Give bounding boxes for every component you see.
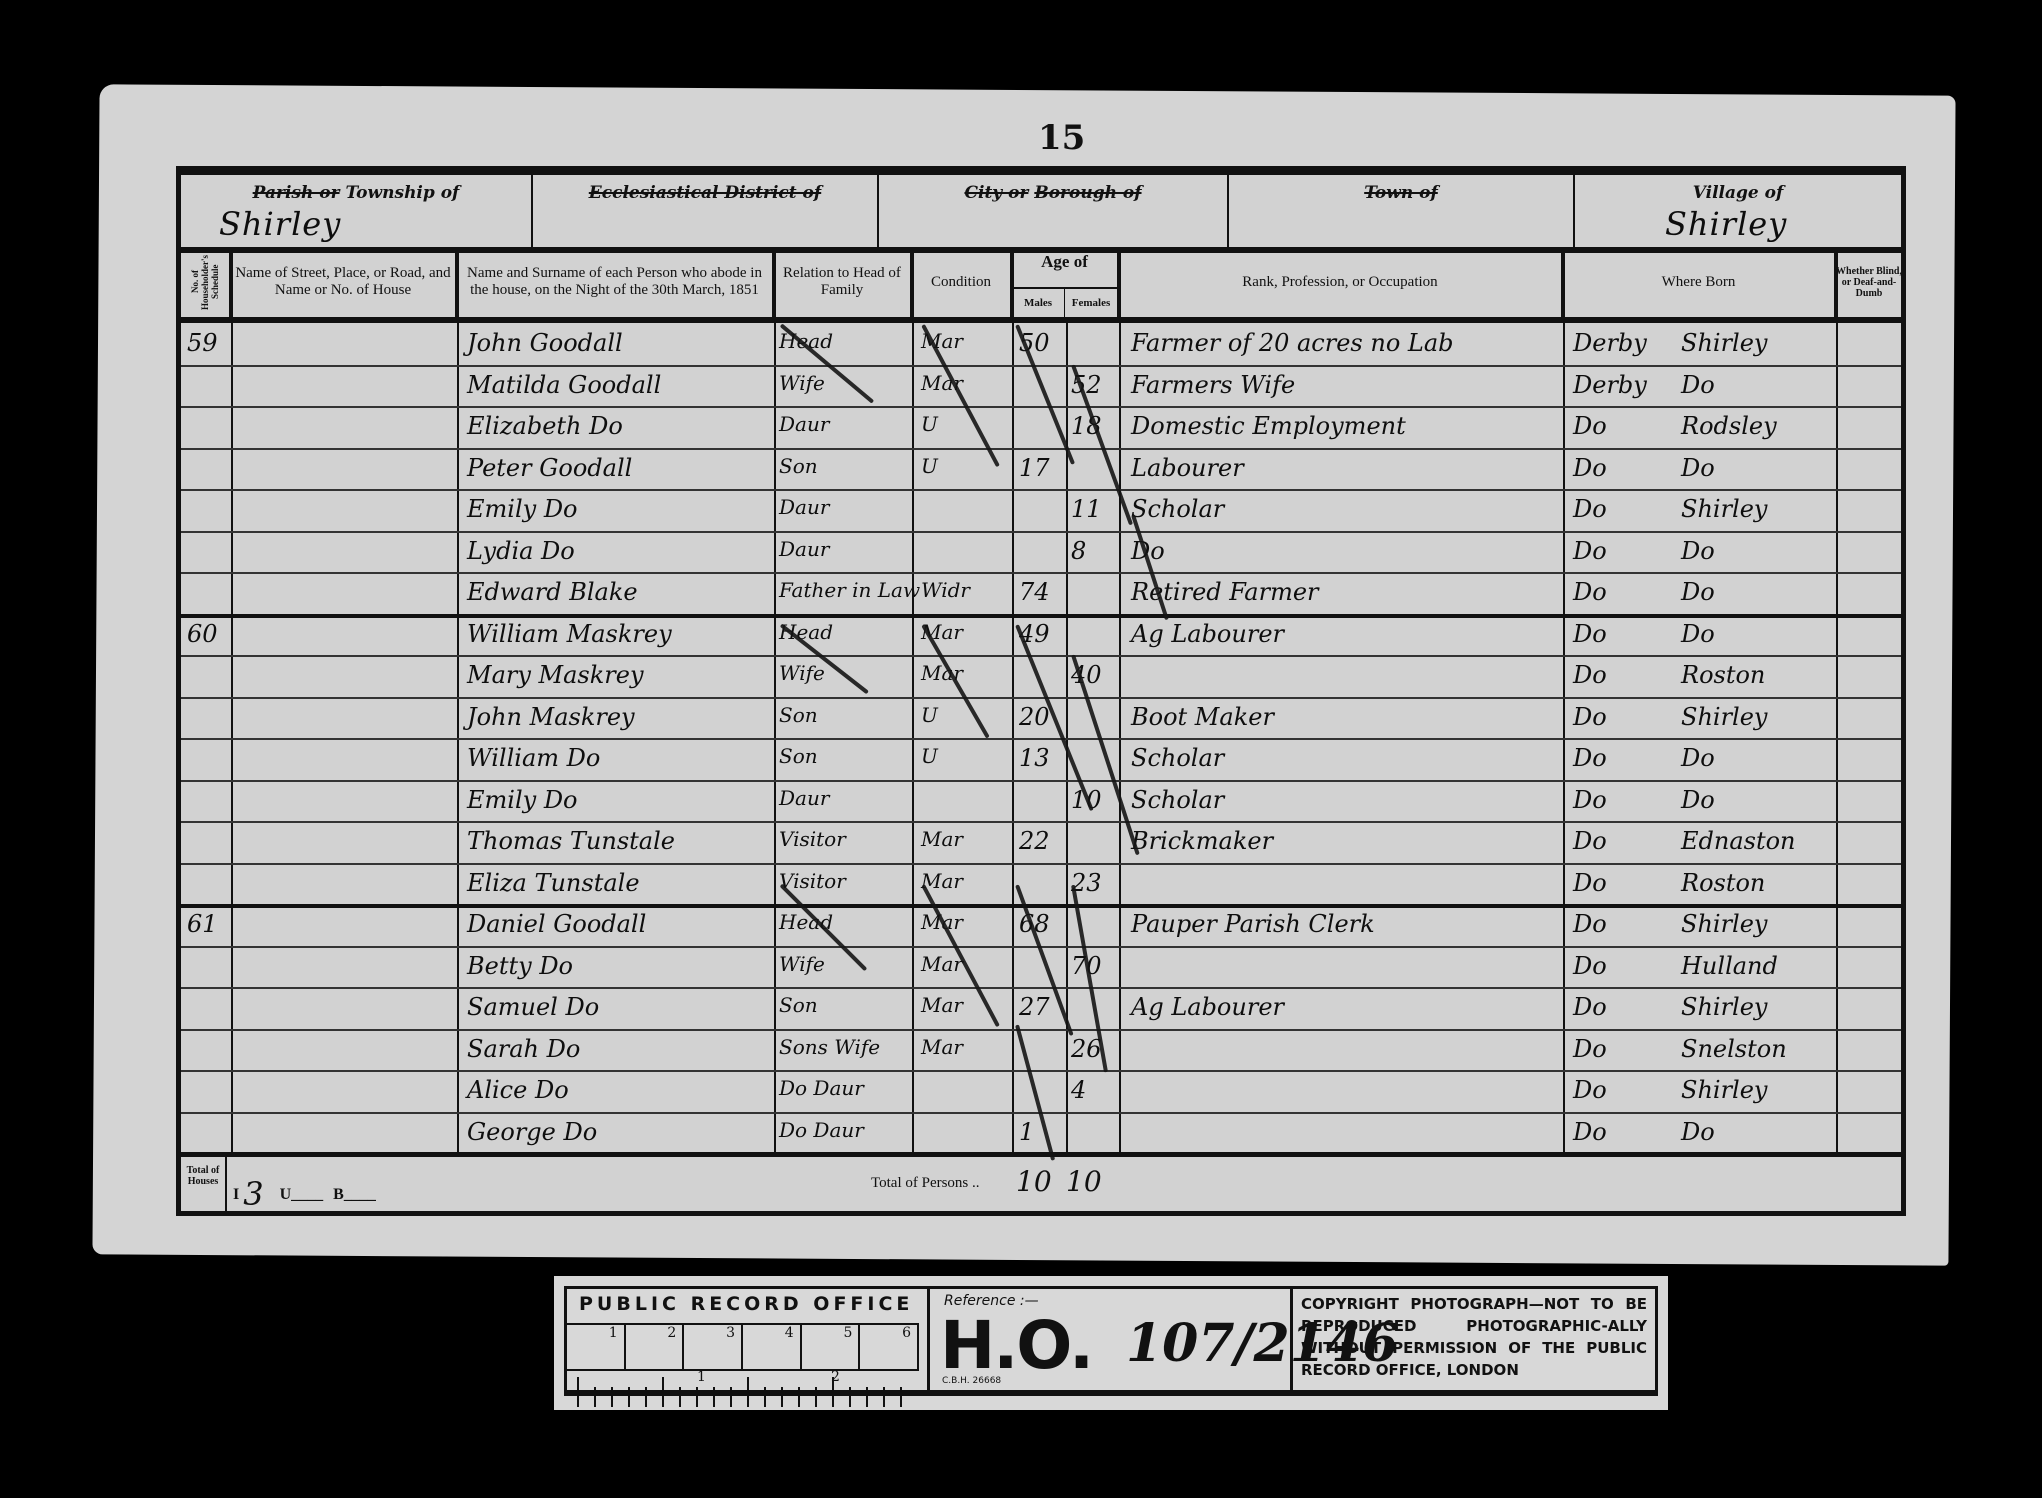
person-name: Samuel Do [467, 987, 599, 1029]
ruler-tick [764, 1387, 766, 1407]
born-county: Derby [1573, 323, 1647, 365]
ruler-tick [628, 1387, 630, 1407]
born-place: Do [1681, 738, 1715, 780]
age-title: Age of [1041, 253, 1088, 270]
pro-title: PUBLIC RECORD OFFICE [567, 1289, 927, 1315]
occupation: Scholar [1131, 780, 1224, 822]
relation: Wife [779, 365, 825, 407]
person-name: Betty Do [467, 946, 573, 988]
born-county: Do [1573, 448, 1607, 490]
schedule-number: 61 [187, 904, 218, 946]
born-place: Do [1681, 780, 1715, 822]
born-county: Do [1573, 614, 1607, 656]
table-row: Emily DoDaur10ScholarDoDo [181, 780, 1901, 824]
condition: U [921, 406, 938, 448]
age-male: 13 [1019, 738, 1050, 780]
totals-row: Total of Houses I 3 U____ B____ Total of… [181, 1152, 1901, 1211]
relation: Son [779, 987, 818, 1029]
place-value-village: Shirley [1665, 205, 1787, 243]
born-place: Ednaston [1681, 821, 1796, 863]
age-female: 11 [1071, 489, 1102, 531]
born-place: Hulland [1681, 946, 1778, 988]
person-name: George Do [467, 1112, 597, 1154]
reference-prefix: H.O. [940, 1307, 1092, 1384]
ruler-inches: 123456 [567, 1323, 919, 1371]
born-county: Do [1573, 738, 1607, 780]
person-name: Elizabeth Do [467, 406, 623, 448]
condition: Mar [921, 987, 963, 1029]
header-blind-deaf: Whether Blind, or Deaf-and-Dumb [1836, 247, 1902, 317]
header-males: Males [1012, 289, 1065, 317]
person-name: Daniel Goodall [467, 904, 646, 946]
age-male: 20 [1019, 697, 1050, 739]
table-row: John MaskreySonU20Boot MakerDoShirley [181, 697, 1901, 741]
pro-reference-stamp: PUBLIC RECORD OFFICE 123456 1 2 Referenc… [554, 1276, 1668, 1410]
born-county: Do [1573, 863, 1607, 905]
inhabited-count: 3 [243, 1175, 263, 1213]
occupation: Domestic Employment [1131, 406, 1406, 448]
place-label: Township of [345, 183, 459, 203]
relation: Son [779, 448, 818, 490]
place-town: Town of [1229, 175, 1575, 247]
born-county: Do [1573, 531, 1607, 573]
relation: Father in Law [779, 572, 920, 614]
header-schedule-no: No. of Householder's Schedule [181, 247, 231, 317]
born-place: Do [1681, 365, 1715, 407]
table-row: Emily DoDaur11ScholarDoShirley [181, 489, 1901, 533]
ruler-tick [594, 1387, 596, 1407]
table-row: Sarah DoSons WifeMar26DoSnelston [181, 1029, 1901, 1073]
ruler-tick [577, 1377, 579, 1407]
table-row: Edward BlakeFather in LawWidr74Retired F… [181, 572, 1901, 618]
person-name: Peter Goodall [467, 448, 632, 490]
cbh-number: C.B.H. 26668 [942, 1376, 1001, 1386]
place-label: Borough of [1034, 183, 1141, 203]
relation: Visitor [779, 863, 846, 905]
born-place: Shirley [1681, 987, 1767, 1029]
ruler-cm: 1 2 [567, 1369, 919, 1407]
born-place: Do [1681, 572, 1715, 614]
occupation: Farmer of 20 acres no Lab [1131, 323, 1454, 365]
place-header: Parish or Township of Shirley Ecclesiast… [181, 175, 1901, 253]
person-name: Matilda Goodall [467, 365, 661, 407]
pro-reference-panel: Reference :— H.O. 107/2146 C.B.H. 26668 [930, 1289, 1293, 1390]
table-row: 59John GoodallHeadMar50Farmer of 20 acre… [181, 323, 1901, 367]
table-row: 61Daniel GoodallHeadMar68Pauper Parish C… [181, 904, 1901, 948]
ruler-tick [849, 1387, 851, 1407]
born-place: Shirley [1681, 489, 1767, 531]
ruler-tick [645, 1387, 647, 1407]
person-name: Lydia Do [467, 531, 575, 573]
condition: U [921, 697, 938, 739]
ruler-tick [730, 1387, 732, 1407]
born-county: Do [1573, 780, 1607, 822]
schedule-number: 59 [187, 323, 218, 365]
condition: Widr [921, 572, 970, 614]
born-county: Do [1573, 406, 1607, 448]
born-county: Do [1573, 655, 1607, 697]
ruler-tick [866, 1387, 868, 1407]
occupation: Brickmaker [1131, 821, 1273, 863]
relation: Daur [779, 406, 829, 448]
born-county: Do [1573, 946, 1607, 988]
born-place: Shirley [1681, 697, 1767, 739]
place-borough: City or Borough of [879, 175, 1229, 247]
table-row: Lydia DoDaur8DoDoDo [181, 531, 1901, 575]
person-name: Emily Do [467, 489, 578, 531]
condition: U [921, 448, 938, 490]
born-place: Do [1681, 1112, 1715, 1154]
page-number: 15 [1038, 118, 1085, 158]
occupation: Scholar [1131, 738, 1224, 780]
relation: Sons Wife [779, 1029, 880, 1071]
ruler-tick [747, 1377, 749, 1407]
header-relation: Relation to Head of Family [774, 247, 912, 317]
born-place: Shirley [1681, 1070, 1767, 1112]
relation: Do Daur [779, 1112, 864, 1154]
header-occupation: Rank, Profession, or Occupation [1119, 247, 1563, 317]
ruler-tick [900, 1387, 902, 1407]
houses-counts: I 3 U____ B____ [233, 1169, 376, 1207]
born-county: Do [1573, 489, 1607, 531]
born-place: Do [1681, 614, 1715, 656]
reference-number: 107/2146 [1126, 1313, 1398, 1374]
born-county: Do [1573, 697, 1607, 739]
age-male: 74 [1019, 572, 1050, 614]
table-row: Eliza TunstaleVisitorMar23DoRoston [181, 863, 1901, 909]
born-county: Do [1573, 1070, 1607, 1112]
person-name: Sarah Do [467, 1029, 580, 1071]
table-row: Thomas TunstaleVisitorMar22BrickmakerDoE… [181, 821, 1901, 865]
born-county: Do [1573, 1112, 1607, 1154]
person-name: William Maskrey [467, 614, 672, 656]
place-label: Village of [1693, 183, 1784, 203]
born-place: Roston [1681, 655, 1765, 697]
occupation: Farmers Wife [1131, 365, 1295, 407]
condition: Mar [921, 1029, 963, 1071]
total-males: 10 [1016, 1165, 1052, 1198]
born-place: Rodsley [1681, 406, 1777, 448]
census-sheet: Parish or Township of Shirley Ecclesiast… [176, 166, 1906, 1216]
relation: Daur [779, 531, 829, 573]
condition: U [921, 738, 938, 780]
schedule-number: 60 [187, 614, 218, 656]
place-label: Town of [1364, 183, 1438, 203]
total-females: 10 [1066, 1165, 1102, 1198]
table-row: Elizabeth DoDaurU18Domestic EmploymentDo… [181, 406, 1901, 450]
relation: Daur [779, 780, 829, 822]
occupation: Labourer [1131, 448, 1244, 490]
occupation: Boot Maker [1131, 697, 1274, 739]
relation: Daur [779, 489, 829, 531]
born-place: Snelston [1681, 1029, 1787, 1071]
place-village: Village of Shirley [1575, 175, 1901, 247]
houses-total-label: Total of Houses [181, 1157, 227, 1211]
ruler-tick [696, 1387, 698, 1407]
born-place: Shirley [1681, 323, 1767, 365]
occupation: Pauper Parish Clerk [1131, 904, 1375, 946]
header-females: Females [1065, 289, 1117, 317]
occupation: Ag Labourer [1131, 614, 1284, 656]
ruler-tick [662, 1377, 664, 1407]
ruler-tick [832, 1377, 834, 1407]
born-county: Do [1573, 572, 1607, 614]
struck-label: Ecclesiastical District of [589, 183, 821, 203]
person-name: William Do [467, 738, 600, 780]
born-county: Do [1573, 1029, 1607, 1071]
person-name: Emily Do [467, 780, 578, 822]
table-row: Peter GoodallSonU17LabourerDoDo [181, 448, 1901, 492]
person-name: John Maskrey [467, 697, 635, 739]
occupation: Scholar [1131, 489, 1224, 531]
table-row: 60William MaskreyHeadMar49Ag LabourerDoD… [181, 614, 1901, 658]
born-place: Do [1681, 448, 1715, 490]
age-male: 1 [1019, 1112, 1034, 1154]
ruler-tick [679, 1387, 681, 1407]
person-name: Alice Do [467, 1070, 569, 1112]
condition: Mar [921, 821, 963, 863]
born-place: Do [1681, 531, 1715, 573]
pro-ruler-panel: PUBLIC RECORD OFFICE 123456 1 2 [567, 1289, 930, 1390]
persons-total-label: Total of Persons .. [871, 1175, 980, 1192]
header-street: Name of Street, Place, or Road, and Name… [231, 247, 457, 317]
age-male: 17 [1019, 448, 1050, 490]
relation: Son [779, 697, 818, 739]
ruler-tick [781, 1387, 783, 1407]
person-name: John Goodall [467, 323, 623, 365]
relation: Visitor [779, 821, 846, 863]
struck-label: City or [964, 183, 1028, 203]
ruler-tick [815, 1387, 817, 1407]
relation: Wife [779, 946, 825, 988]
relation: Son [779, 738, 818, 780]
column-headers: No. of Householder's Schedule Name of St… [181, 247, 1901, 323]
relation: Wife [779, 655, 825, 697]
born-county: Do [1573, 987, 1607, 1029]
ruler-tick [883, 1387, 885, 1407]
born-county: Do [1573, 904, 1607, 946]
struck-label: Parish or [253, 183, 340, 203]
age-male: 22 [1019, 821, 1050, 863]
age-male: 27 [1019, 987, 1050, 1029]
place-township: Parish or Township of Shirley [181, 175, 533, 247]
relation: Head [779, 614, 833, 656]
header-age: Age of MalesFemales [1012, 247, 1119, 317]
born-county: Derby [1573, 365, 1647, 407]
place-ecclesiastical: Ecclesiastical District of [533, 175, 879, 247]
born-place: Shirley [1681, 904, 1767, 946]
relation: Do Daur [779, 1070, 864, 1112]
table-row: Samuel DoSonMar27Ag LabourerDoShirley [181, 987, 1901, 1031]
age-female: 8 [1071, 531, 1086, 573]
born-county: Do [1573, 821, 1607, 863]
born-place: Roston [1681, 863, 1765, 905]
ruler-tick [713, 1387, 715, 1407]
place-value-township: Shirley [219, 205, 341, 243]
person-name: Edward Blake [467, 572, 638, 614]
header-condition: Condition [912, 247, 1012, 317]
person-name: Eliza Tunstale [467, 863, 640, 905]
table-row: William DoSonU13ScholarDoDo [181, 738, 1901, 782]
header-where-born: Where Born [1563, 247, 1836, 317]
header-name: Name and Surname of each Person who abod… [457, 247, 774, 317]
occupation: Ag Labourer [1131, 987, 1284, 1029]
ruler-tick [798, 1387, 800, 1407]
ruler-tick [611, 1387, 613, 1407]
person-name: Thomas Tunstale [467, 821, 675, 863]
person-name: Mary Maskrey [467, 655, 644, 697]
age-female: 4 [1071, 1070, 1086, 1112]
